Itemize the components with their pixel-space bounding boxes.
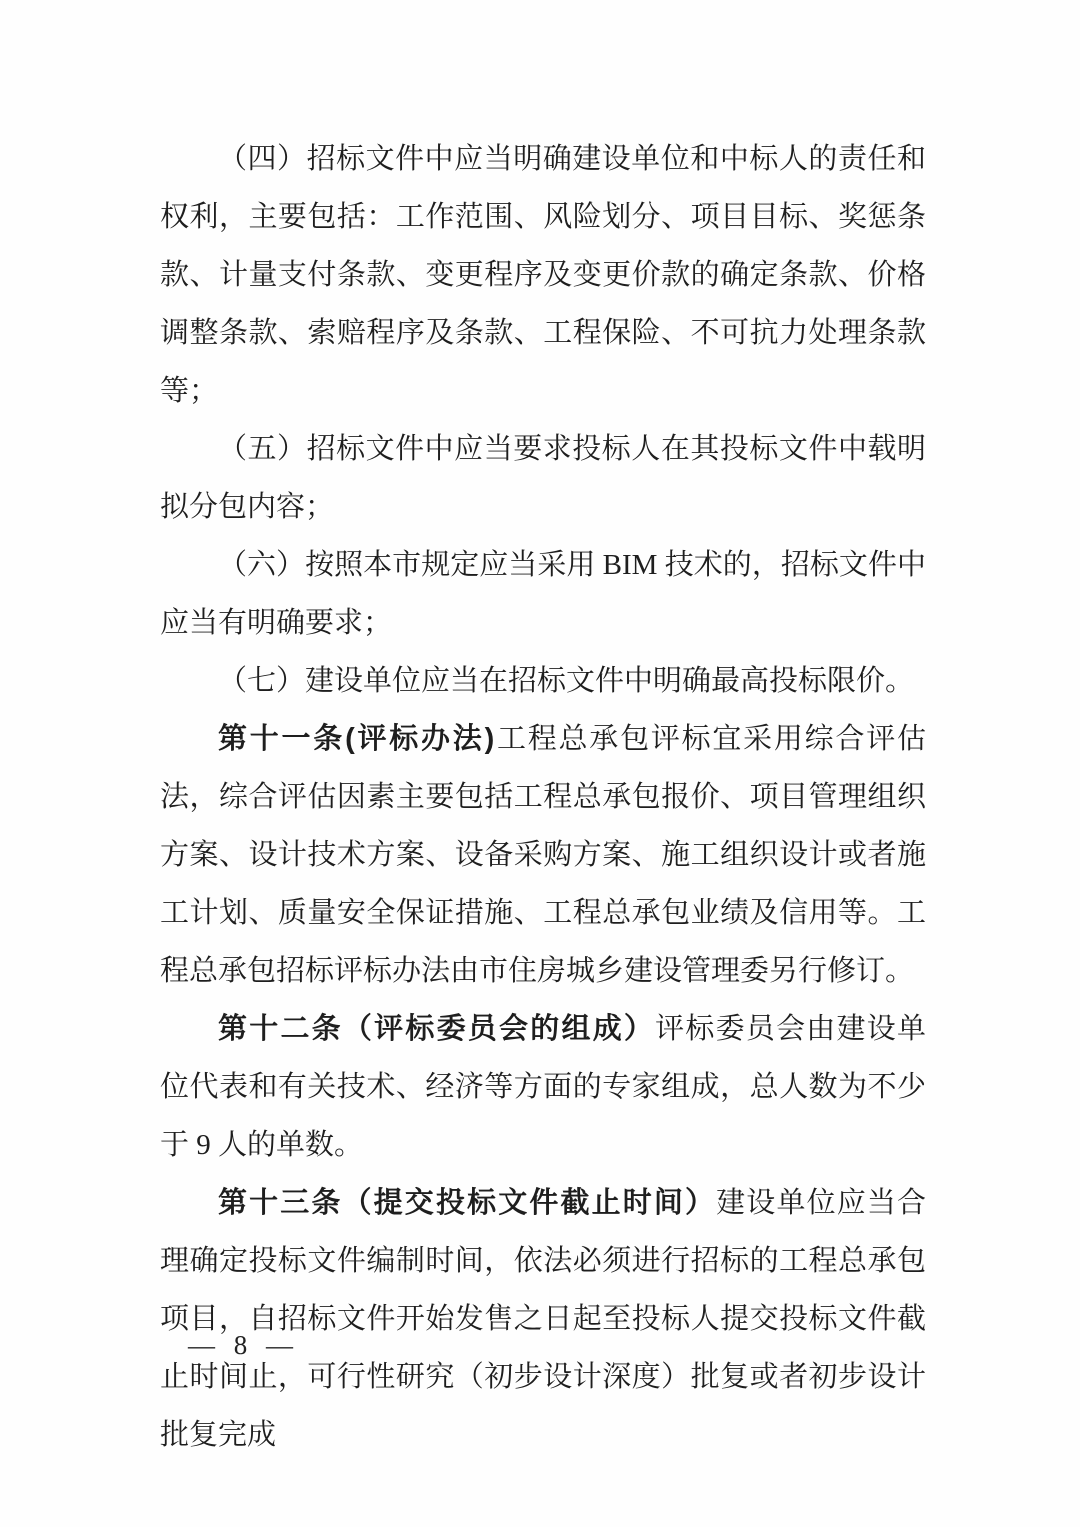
paragraph-text: （六）按照本市规定应当采用 BIM 技术的，招标文件中应当有明确要求； xyxy=(160,549,926,639)
paragraph-item-5: （五）招标文件中应当要求投标人在其投标文件中载明拟分包内容； xyxy=(160,420,926,536)
paragraph-article-11: 第十一条(评标办法)工程总承包评标宜采用综合评估法，综合评估因素主要包括工程总承… xyxy=(160,710,926,1000)
paragraph-text: （四）招标文件中应当明确建设单位和中标人的责任和权利，主要包括：工作范围、风险划… xyxy=(160,143,926,407)
paragraph-item-7: （七）建设单位应当在招标文件中明确最高投标限价。 xyxy=(160,652,926,710)
paragraph-text: 建设单位应当合理确定投标文件编制时间，依法必须进行招标的工程总承包项目，自招标文… xyxy=(160,1187,926,1451)
document-page: （四）招标文件中应当明确建设单位和中标人的责任和权利，主要包括：工作范围、风险划… xyxy=(0,0,1080,1527)
paragraph-item-4: （四）招标文件中应当明确建设单位和中标人的责任和权利，主要包括：工作范围、风险划… xyxy=(160,130,926,420)
article-11-title: 第十一条(评标办法) xyxy=(218,723,495,755)
paragraph-article-12: 第十二条（评标委员会的组成）评标委员会由建设单位代表和有关技术、经济等方面的专家… xyxy=(160,1000,926,1174)
paragraph-text: （五）招标文件中应当要求投标人在其投标文件中载明拟分包内容； xyxy=(160,433,926,523)
paragraph-text: 工程总承包评标宜采用综合评估法，综合评估因素主要包括工程总承包报价、项目管理组织… xyxy=(160,723,926,987)
paragraph-article-13: 第十三条（提交投标文件截止时间）建设单位应当合理确定投标文件编制时间，依法必须进… xyxy=(160,1174,926,1464)
page-number: — 8 — xyxy=(188,1330,299,1361)
paragraph-item-6: （六）按照本市规定应当采用 BIM 技术的，招标文件中应当有明确要求； xyxy=(160,536,926,652)
article-13-title: 第十三条（提交投标文件截止时间） xyxy=(218,1187,716,1219)
document-body: （四）招标文件中应当明确建设单位和中标人的责任和权利，主要包括：工作范围、风险划… xyxy=(160,130,926,1464)
article-12-title: 第十二条（评标委员会的组成） xyxy=(218,1013,655,1045)
paragraph-text: （七）建设单位应当在招标文件中明确最高投标限价。 xyxy=(218,665,914,697)
